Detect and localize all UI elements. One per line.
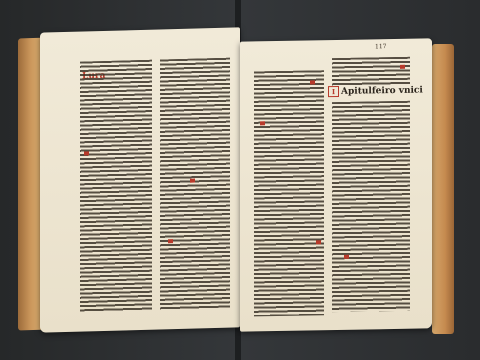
right-page-column-2-top [332,57,410,86]
rubric-mark [260,121,265,125]
left-page: Lura [40,27,240,332]
left-page-column-1 [80,60,152,312]
rubric-mark [344,255,349,259]
open-book: Lura 117 IApitulfeiro vnici [0,0,480,360]
right-page-heading: IApitulfeiro vnici [328,84,423,97]
left-page-column-2 [160,58,230,310]
right-board-edge [432,44,454,334]
rubric-mark [400,65,405,69]
rubric-mark [316,240,321,244]
right-page-column-2 [332,101,410,312]
page-number: 117 [375,43,386,50]
right-page-column-1 [254,70,324,316]
rubric-mark [310,80,315,84]
right-page: 117 IApitulfeiro vnici [240,38,432,331]
rubric-mark [168,239,173,243]
right-heading-text: Apitulfeiro vnici [341,85,423,96]
rubric-mark [84,151,89,155]
rubric-mark [190,179,195,183]
rubricated-initial: I [328,86,339,97]
